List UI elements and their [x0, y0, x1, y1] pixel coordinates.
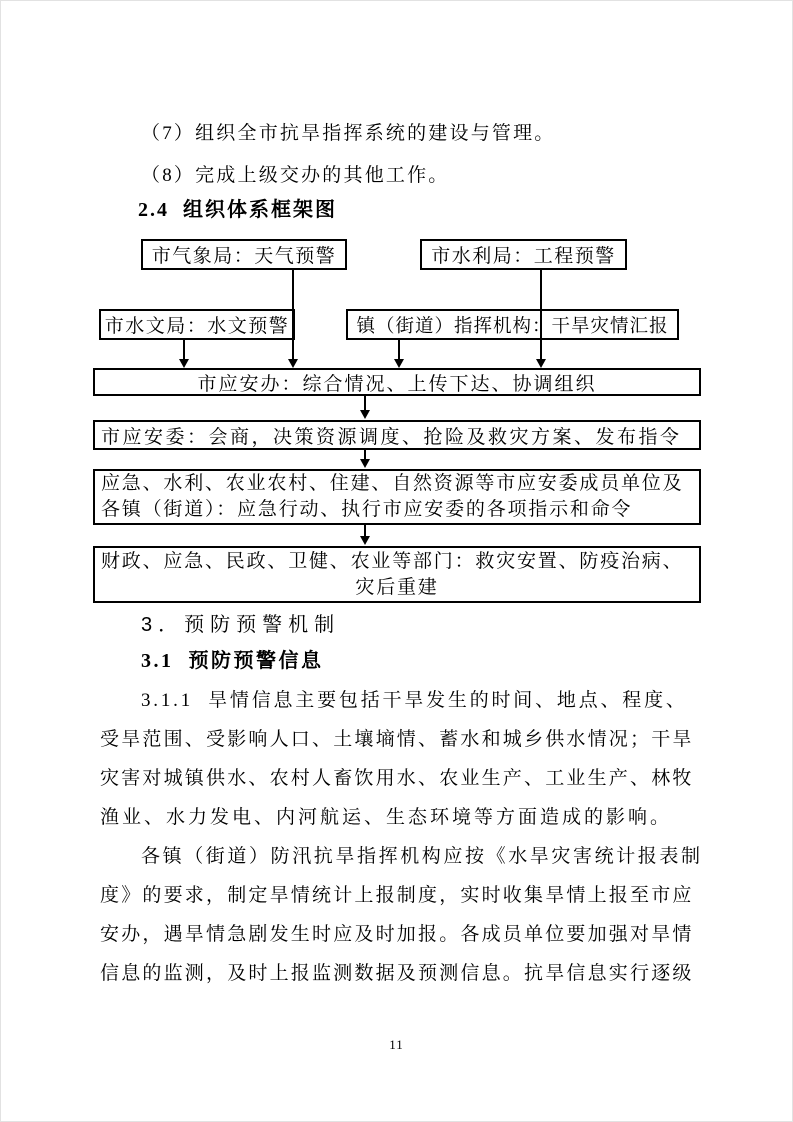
flowchart-box-committee-label: 市应安委：会商，决策资源调度、抢险及救灾方案、发布指令: [101, 422, 682, 449]
flowchart-box-weather: 市气象局：天气预警: [141, 239, 347, 270]
flowchart-box-departments-line2: 灾后重建: [101, 575, 693, 601]
arrow-members-to-departments: [364, 525, 366, 536]
flowchart-box-office-label: 市应安办：综合情况、上传下达、协调组织: [197, 369, 596, 396]
flowchart-box-engineering: 市水利局：工程预警: [420, 239, 627, 270]
list-item-7: （7）组织全市抗旱指挥系统的建设与管理。: [141, 123, 556, 146]
flowchart-box-departments: 财政、应急、民政、卫健、农业等部门：救灾安置、防疫治病、 灾后重建: [93, 546, 701, 603]
list-item-8: （8）完成上级交办的其他工作。: [141, 165, 450, 188]
paragraph-311-line2: 受旱范围、受影响人口、土壤墒情、蓄水和城乡供水情况；干旱: [100, 729, 694, 752]
paragraph-report-line4: 信息的监测，及时上报监测数据及预测信息。抗旱信息实行逐级: [100, 963, 694, 986]
paragraph-report-line3: 安办，遇旱情急剧发生时应及时加报。各成员单位要加强对旱情: [100, 924, 694, 947]
paragraph-report-line1: 各镇（街道）防汛抗旱指挥机构应按《水旱灾害统计报表制: [141, 846, 703, 869]
flowchart-box-hydrology: 市水文局：水文预警: [99, 309, 295, 340]
arrow-engineering-to-office: [540, 270, 542, 359]
flowchart-box-town: 镇（街道）指挥机构：干旱灾情汇报: [346, 309, 679, 340]
paragraph-report-line2: 度》的要求，制定旱情统计上报制度，实时收集旱情上报至市应: [100, 885, 694, 908]
flowchart-box-committee: 市应安委：会商，决策资源调度、抢险及救灾方案、发布指令: [93, 420, 701, 450]
arrow-hydrology-to-office: [183, 339, 185, 359]
paragraph-311-line3: 灾害对城镇供水、农村人畜饮用水、农业生产、工业生产、林牧: [100, 768, 694, 791]
arrow-weather-to-office: [292, 270, 294, 359]
flowchart-box-engineering-label: 市水利局：工程预警: [431, 241, 616, 268]
paragraph-311-line4: 渔业、水力发电、内河航运、生态环境等方面造成的影响。: [100, 807, 672, 830]
flowchart-box-office: 市应安办：综合情况、上传下达、协调组织: [93, 368, 701, 396]
heading-section-3-1: 3.1 预防预警信息: [141, 649, 324, 673]
heading-section-2-4: 2.4 组织体系框架图: [138, 198, 337, 222]
paragraph-311-line1: 3.1.1 旱情信息主要包括干旱发生的时间、地点、程度、: [141, 690, 688, 713]
flowchart-box-departments-line1: 财政、应急、民政、卫健、农业等部门：救灾安置、防疫治病、: [101, 549, 683, 575]
flowchart-box-weather-label: 市气象局：天气预警: [152, 241, 337, 268]
arrow-town-to-office: [398, 340, 400, 359]
flowchart-box-members-line1: 应急、水利、农业农村、住建、自然资源等市应安委成员单位及: [101, 471, 683, 497]
page-number: 11: [1, 1037, 792, 1053]
flowchart-box-members: 应急、水利、农业农村、住建、自然资源等市应安委成员单位及 各镇（街道）：应急行动…: [93, 469, 701, 525]
arrow-committee-to-members: [364, 450, 366, 459]
document-page: （7）组织全市抗旱指挥系统的建设与管理。 （8）完成上级交办的其他工作。 2.4…: [0, 0, 793, 1122]
arrow-office-to-committee: [364, 396, 366, 410]
flowchart-box-members-line2: 各镇（街道）：应急行动、执行市应安委的各项指示和命令: [101, 497, 632, 523]
flowchart-box-town-label: 镇（街道）指挥机构：干旱灾情汇报: [356, 312, 668, 338]
heading-section-3: 3．预防预警机制: [141, 613, 340, 637]
flowchart-box-hydrology-label: 市水文局：水文预警: [105, 311, 290, 338]
